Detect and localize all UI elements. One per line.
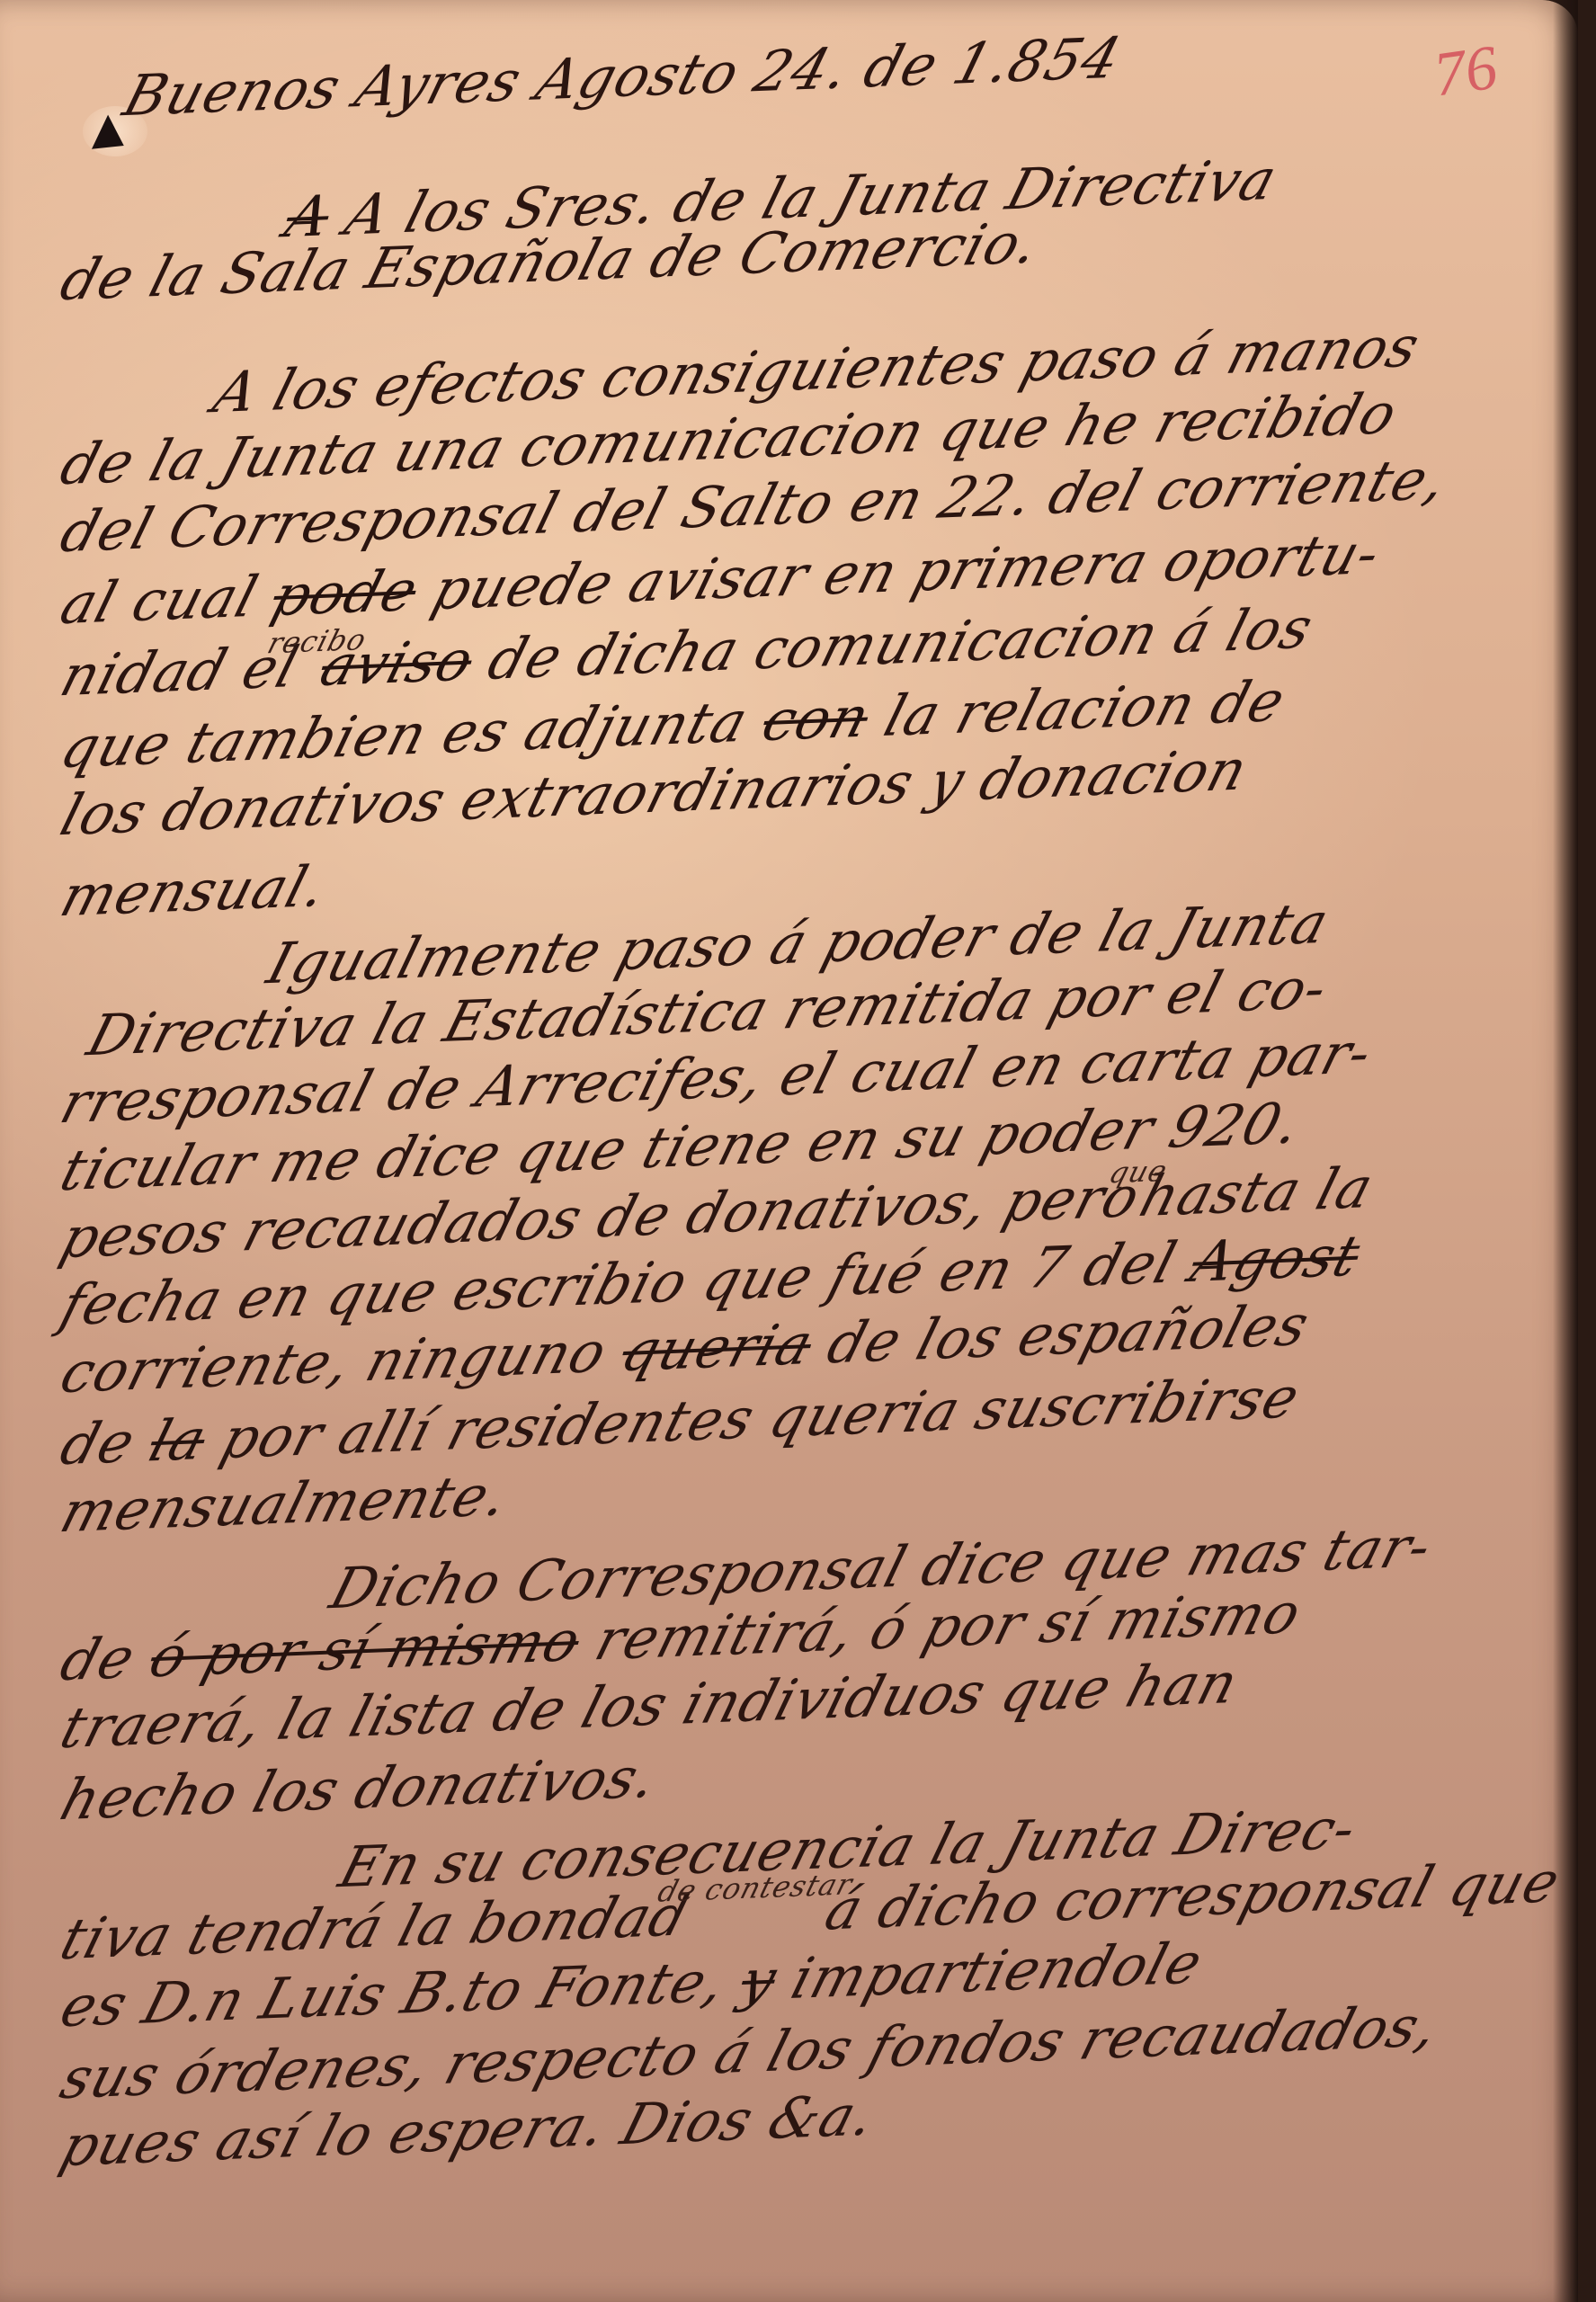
page-edge-shadow: [1553, 0, 1578, 2302]
letter-line: mensual.: [54, 852, 334, 929]
date-line: Buenos Ayres Agosto 24. de 1.854: [117, 24, 1129, 129]
line-text: mensual.: [54, 852, 334, 929]
struck-text: queria: [614, 1311, 820, 1385]
struck-text: pode: [265, 557, 425, 629]
folio-number: 76: [1430, 32, 1502, 112]
letter-page: 76 Buenos Ayres Agosto 24. de 1.854 A A …: [0, 0, 1578, 2302]
struck-text: con: [755, 683, 878, 754]
interlinear-insertion: recibo: [263, 622, 370, 661]
struck-text: Agost: [1184, 1222, 1368, 1295]
interlinear-insertion: que: [1105, 1154, 1172, 1191]
line-text: al cual: [54, 563, 284, 638]
